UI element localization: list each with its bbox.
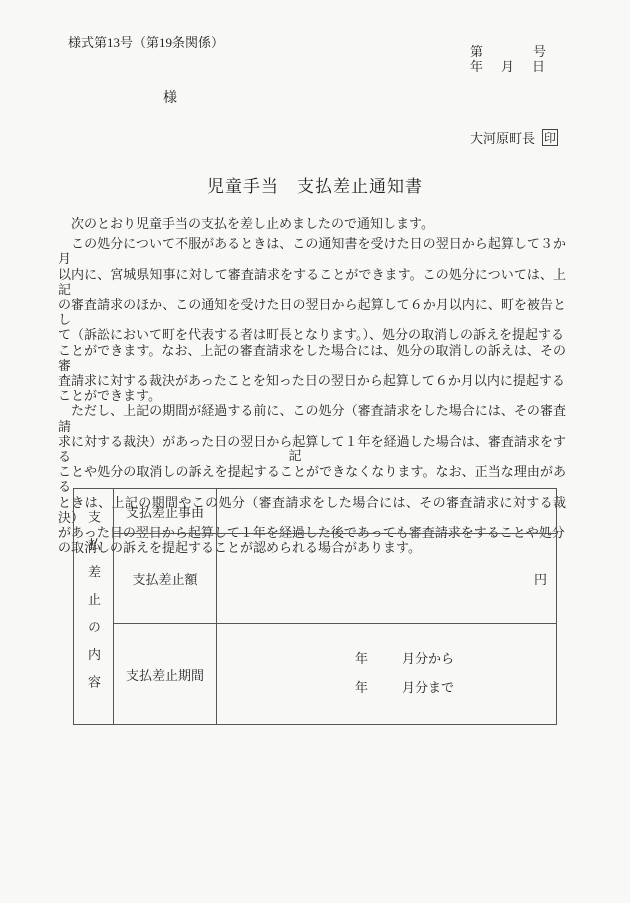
period-to-line: 年月分まで bbox=[355, 673, 556, 702]
intro-paragraph: 次のとおり児童手当の支払を差し止めましたので通知します。 bbox=[58, 216, 566, 231]
date-line: 年 月 日 bbox=[470, 56, 545, 75]
period-from-suffix-label: 月分から bbox=[402, 651, 454, 666]
table-label-suspension-amount: 支払差止額 bbox=[114, 534, 217, 624]
seal-mark: 印 bbox=[542, 129, 558, 146]
date-year-label: 年 bbox=[470, 56, 483, 75]
table-group-cell: 支払差止の内容 bbox=[74, 489, 114, 724]
amount-unit-label: 円 bbox=[534, 569, 547, 588]
table-label-suspension-reason: 支払差止事由 bbox=[114, 489, 217, 534]
period-from-line: 年月分から bbox=[355, 644, 556, 673]
table-value-suspension-amount: 円 bbox=[217, 534, 556, 624]
ki-heading: 記 bbox=[0, 445, 590, 464]
addressee-suffix: 様 bbox=[163, 87, 177, 107]
period-from-year-label: 年 bbox=[355, 651, 368, 666]
issuer-line: 大河原町長 印 bbox=[470, 128, 558, 147]
table-value-suspension-period: 年月分から 年月分まで bbox=[217, 624, 556, 724]
form-number: 様式第13号（第19条関係） bbox=[68, 32, 224, 51]
table-label-suspension-period: 支払差止期間 bbox=[114, 624, 217, 724]
table-group-label: 支払差止の内容 bbox=[84, 510, 103, 703]
period-to-year-label: 年 bbox=[355, 680, 368, 695]
date-day-label: 日 bbox=[532, 56, 545, 75]
date-month-label: 月 bbox=[501, 56, 514, 75]
period-to-suffix-label: 月分まで bbox=[402, 680, 454, 695]
table-value-suspension-reason bbox=[217, 489, 556, 534]
appeal-rights-paragraph: この処分について不服があるときは、この通知書を受けた日の翌日から起算して３か月 … bbox=[58, 236, 566, 403]
issuer-name: 大河原町長 bbox=[470, 128, 535, 147]
suspension-details-table: 支払差止の内容 支払差止事由 支払差止額 円 支払差止期間 年月分から 年月分ま… bbox=[73, 488, 557, 725]
page-title: 児童手当 支払差止通知書 bbox=[0, 172, 630, 197]
